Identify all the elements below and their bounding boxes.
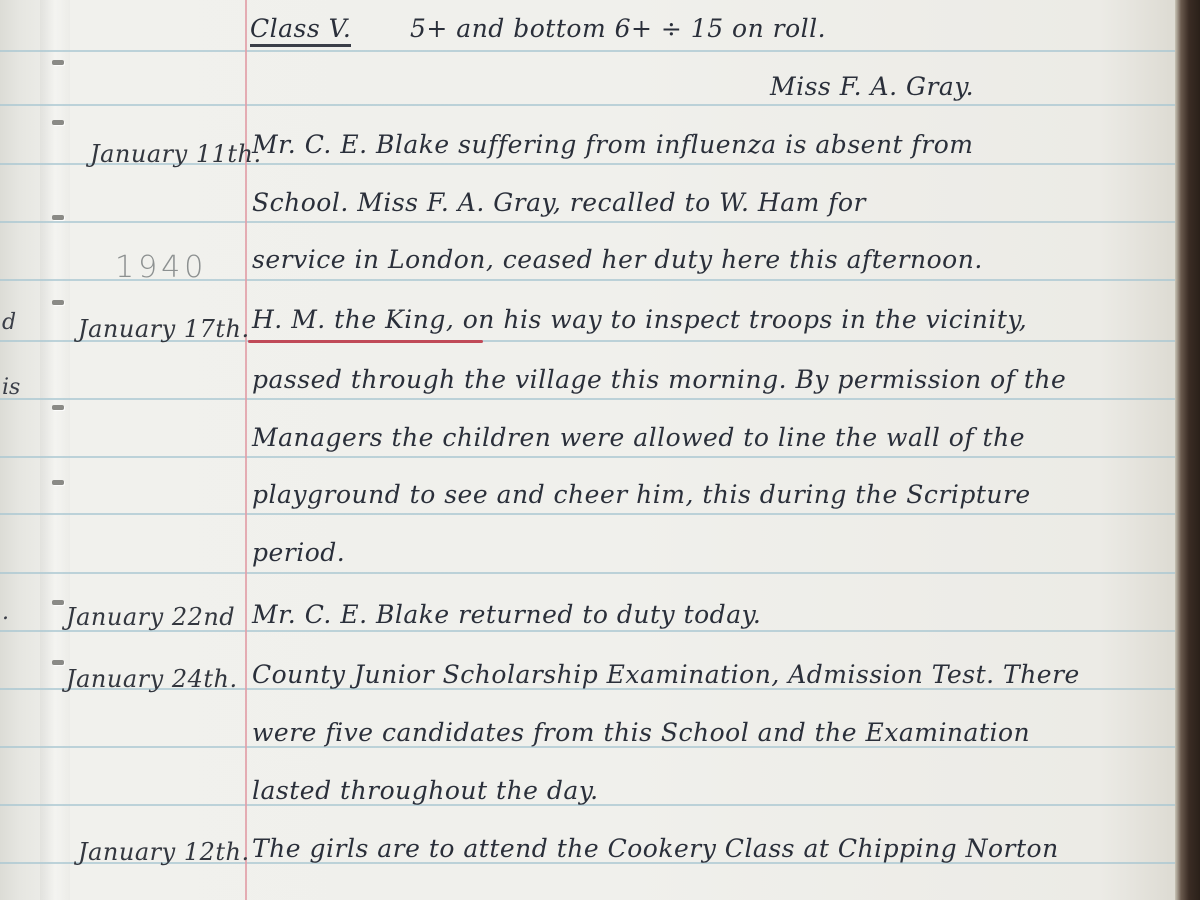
previous-page-fragment: d — [2, 310, 16, 335]
rule-line — [0, 456, 1175, 458]
binding-stitch — [52, 300, 64, 305]
entry-line: The girls are to attend the Cookery Clas… — [252, 834, 1059, 863]
entry-date: January 12th. — [78, 838, 250, 866]
previous-page-fragment: is — [2, 375, 20, 400]
previous-page-fragment: . — [2, 600, 9, 625]
binding-stitch — [52, 405, 64, 410]
rule-line — [0, 572, 1175, 574]
rule-line — [0, 221, 1175, 223]
entry-line: service in London, ceased her duty here … — [252, 245, 983, 274]
entry-date: January 24th. — [66, 665, 238, 693]
entry-line: County Junior Scholarship Examination, A… — [252, 660, 1080, 689]
entry-line: period. — [252, 538, 345, 567]
entry-line: H. M. the King, on his way to inspect tr… — [252, 305, 1027, 334]
binding-stitch — [52, 120, 64, 125]
red-underline — [248, 340, 483, 343]
entry-date: January 17th. — [78, 315, 250, 343]
entry-line: Mr. C. E. Blake returned to duty today. — [252, 600, 761, 629]
page-gutter — [40, 0, 70, 900]
binding-stitch — [52, 60, 64, 65]
entry-line: passed through the village this morning.… — [252, 365, 1066, 394]
year-margin-note: 1940 — [115, 250, 207, 285]
entry-line: School. Miss F. A. Gray, recalled to W. … — [252, 188, 866, 217]
binding-stitch — [52, 600, 64, 605]
binding-stitch — [52, 480, 64, 485]
entry-line: Mr. C. E. Blake suffering from influenza… — [252, 130, 974, 159]
entry-date: January 11th. — [90, 140, 262, 168]
rule-line — [0, 398, 1175, 400]
margin-line — [245, 0, 247, 900]
book-binding-edge — [1175, 0, 1200, 900]
class-info: 5+ and bottom 6+ ÷ 15 on roll. — [410, 14, 826, 43]
teacher-name: Miss F. A. Gray. — [770, 72, 974, 101]
entry-date: January 22nd — [66, 603, 235, 631]
rule-line — [0, 50, 1175, 52]
entry-line: playground to see and cheer him, this du… — [252, 480, 1031, 509]
rule-line — [0, 104, 1175, 106]
log-book-page: d is . Class V. 5+ and bottom 6+ ÷ 15 on… — [0, 0, 1175, 900]
entry-line: lasted throughout the day. — [252, 776, 599, 805]
entry-line: Managers the children were allowed to li… — [252, 423, 1025, 452]
rule-line — [0, 513, 1175, 515]
entry-line: were five candidates from this School an… — [252, 718, 1030, 747]
binding-stitch — [52, 660, 64, 665]
class-label: Class V. — [250, 14, 351, 47]
binding-stitch — [52, 215, 64, 220]
